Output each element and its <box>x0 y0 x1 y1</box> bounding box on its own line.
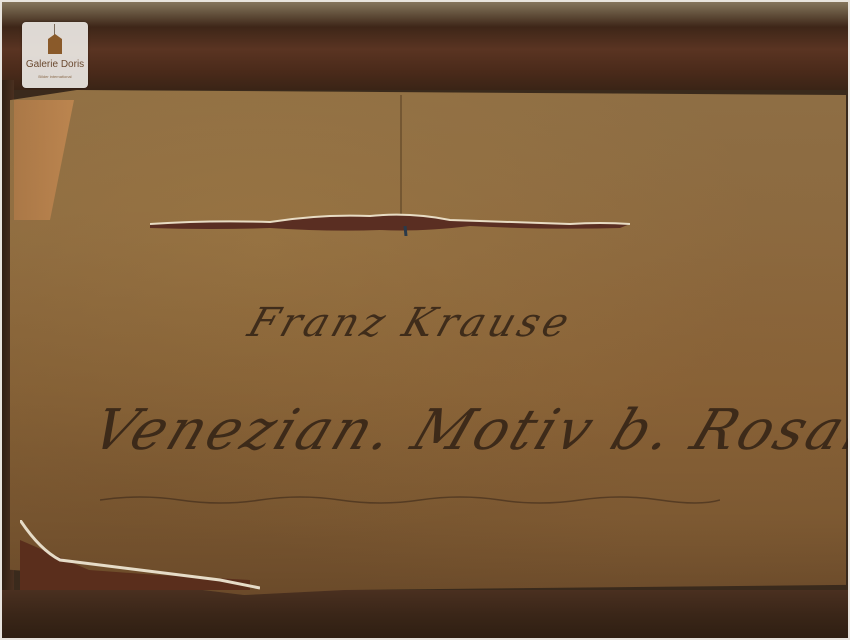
artist-inscription: Franz Krause <box>243 300 579 346</box>
price-tag-icon <box>48 34 62 54</box>
frame-top-rail <box>0 0 850 90</box>
galerie-doris-watermark: Galerie Doris Bilder international <box>22 22 88 88</box>
paper-tear <box>150 210 630 236</box>
paper-edge-highlight <box>20 520 260 590</box>
watermark-tagline: Bilder international <box>22 74 88 79</box>
title-inscription: Venezian. Motiv b. Rosaria <box>83 398 850 463</box>
watermark-brand: Galerie Doris <box>22 59 88 70</box>
photo-back-of-painting: Franz Krause Venezian. Motiv b. Rosaria <box>0 0 850 640</box>
underline-flourish <box>100 490 720 510</box>
paper-fold-line <box>400 95 402 225</box>
frame-bottom-rail <box>0 590 850 640</box>
